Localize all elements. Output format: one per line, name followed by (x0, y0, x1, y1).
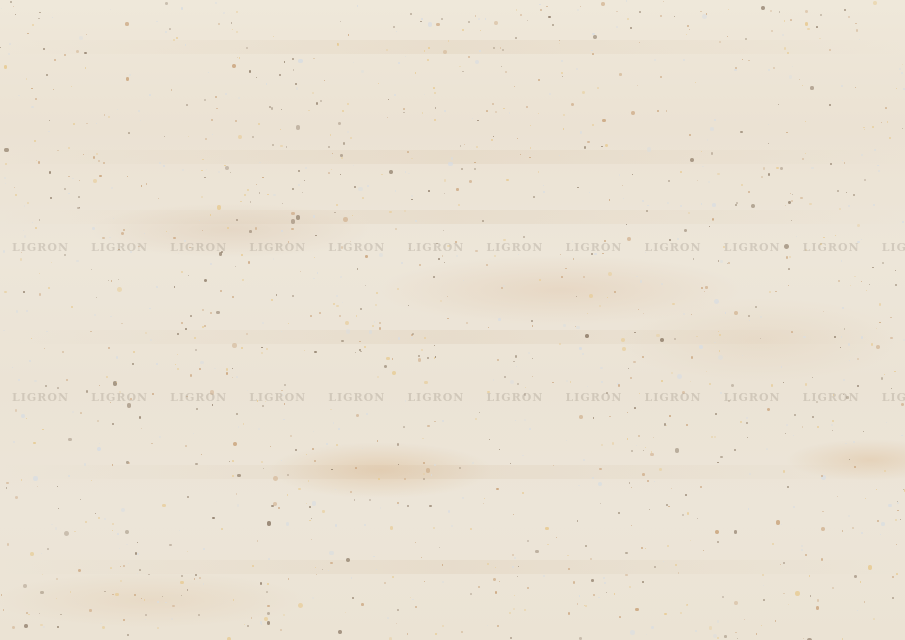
speck (169, 28, 171, 30)
speck (580, 6, 581, 7)
speck (195, 574, 197, 576)
speck (127, 176, 128, 177)
speck (672, 303, 675, 306)
speck (775, 620, 777, 622)
speck (892, 597, 894, 599)
speck (96, 153, 98, 155)
speck (878, 170, 880, 172)
speck (599, 468, 601, 470)
speck (768, 69, 770, 71)
speck (338, 630, 342, 634)
speck (840, 347, 841, 348)
speck (43, 48, 45, 50)
speck (134, 594, 136, 596)
speck (260, 582, 262, 584)
speck (477, 120, 479, 122)
speck (783, 562, 785, 564)
speck (600, 503, 602, 505)
speck (298, 184, 300, 186)
speck (173, 237, 175, 239)
speck (788, 285, 789, 286)
speck (516, 366, 517, 367)
watermark-text: LIGRON (565, 391, 622, 404)
speck (100, 623, 101, 624)
speck (157, 601, 159, 603)
speck (68, 438, 71, 441)
speck (861, 336, 863, 338)
speck (837, 496, 838, 497)
speck (1, 8, 2, 9)
speck (712, 203, 716, 207)
speck (238, 135, 242, 139)
speck (479, 50, 481, 52)
speck (636, 445, 637, 446)
speck (805, 383, 807, 385)
speck (622, 185, 623, 186)
speck (722, 596, 724, 598)
speck (663, 1, 664, 2)
speck (714, 342, 716, 344)
speck (316, 102, 318, 104)
speck (319, 312, 321, 314)
speck (533, 196, 535, 198)
speck (577, 187, 579, 189)
speck (876, 489, 877, 490)
speck (262, 322, 264, 324)
speck (287, 474, 289, 476)
speck (23, 584, 27, 588)
speck (894, 371, 896, 373)
speck (340, 21, 342, 23)
speck (230, 172, 231, 173)
speck (901, 435, 903, 437)
speck (173, 39, 175, 41)
speck (598, 482, 602, 486)
speck (296, 215, 301, 220)
speck (872, 126, 874, 128)
speck (492, 103, 494, 105)
speck (582, 91, 586, 95)
speck (451, 525, 453, 527)
speck (291, 228, 293, 230)
speck (674, 16, 675, 17)
speck (225, 166, 229, 170)
speck (696, 336, 698, 338)
speck (831, 424, 833, 426)
speck (236, 219, 238, 221)
speck (468, 21, 470, 23)
speck (127, 403, 132, 408)
speck (886, 422, 887, 423)
speck (380, 507, 381, 508)
speck (403, 108, 405, 110)
watermark-text: LIGRON (12, 391, 69, 404)
speck (427, 425, 429, 427)
speck (526, 106, 528, 108)
speck (379, 253, 383, 257)
speck (38, 161, 40, 163)
speck (329, 551, 334, 556)
speck (13, 6, 14, 7)
speck (701, 203, 703, 205)
speck (421, 557, 422, 558)
speck (424, 94, 426, 96)
speck (583, 276, 585, 278)
speck (607, 297, 608, 298)
speck (149, 308, 151, 310)
speck (283, 419, 284, 420)
speck (322, 510, 324, 512)
speck (746, 417, 748, 419)
speck (328, 172, 330, 174)
speck (304, 180, 306, 182)
speck (857, 385, 859, 387)
speck (668, 180, 670, 182)
speck (899, 68, 901, 70)
speck (444, 179, 447, 182)
speck (619, 73, 622, 76)
speck (599, 305, 601, 307)
speck (121, 323, 122, 324)
speck (553, 465, 554, 466)
speck (690, 381, 691, 382)
speck (205, 138, 207, 140)
speck (464, 144, 465, 145)
speck (128, 132, 130, 134)
speck (273, 258, 275, 260)
speck (177, 368, 179, 370)
speck (298, 59, 303, 64)
speck (187, 551, 188, 552)
speck (628, 368, 629, 369)
speck (199, 577, 201, 579)
speck (410, 597, 411, 598)
speck (579, 595, 581, 597)
speck (281, 230, 283, 232)
speck (693, 258, 695, 260)
speck (415, 606, 417, 608)
speck (104, 114, 106, 116)
speck (499, 581, 500, 582)
speck (684, 229, 687, 232)
speck (429, 505, 431, 507)
speck (336, 295, 338, 297)
speck (443, 50, 447, 54)
speck (330, 562, 332, 564)
speck (877, 520, 879, 522)
speck (755, 306, 757, 308)
speck (462, 29, 464, 31)
speck (247, 625, 249, 627)
speck (333, 422, 334, 423)
speck (21, 414, 25, 418)
speck (313, 215, 315, 217)
speck (187, 589, 189, 591)
speck (805, 554, 807, 556)
speck (12, 626, 15, 629)
speck (773, 67, 775, 69)
speck (369, 330, 373, 334)
speck (346, 329, 351, 334)
speck (654, 59, 656, 61)
speck (215, 2, 217, 4)
speck (509, 612, 511, 614)
speck (600, 367, 602, 369)
speck (302, 192, 304, 194)
speck (232, 29, 233, 30)
speck (251, 617, 253, 619)
speck (159, 162, 161, 164)
speck (96, 297, 97, 298)
speck (365, 255, 368, 258)
speck (646, 210, 648, 212)
speck (340, 174, 341, 175)
speck (776, 167, 778, 169)
speck (748, 508, 750, 510)
speck (761, 6, 765, 10)
speck (545, 527, 548, 530)
speck (748, 191, 751, 194)
watermark-text: LIGRON (328, 391, 385, 404)
speck (336, 444, 338, 446)
speck (120, 580, 122, 582)
speck (483, 503, 484, 504)
speck (201, 170, 202, 171)
speck (585, 545, 587, 547)
speck (631, 111, 635, 115)
speck (711, 152, 713, 154)
speck (242, 279, 244, 281)
speck (141, 598, 143, 600)
speck (619, 174, 621, 176)
speck (431, 474, 433, 476)
speck (861, 532, 863, 534)
speck (395, 190, 397, 192)
speck (227, 227, 229, 229)
speck (332, 153, 334, 155)
speck (532, 325, 534, 327)
speck (623, 198, 624, 199)
speck (314, 460, 316, 462)
speck (549, 302, 550, 303)
speck (91, 269, 93, 271)
speck (689, 29, 691, 31)
speck (267, 612, 271, 616)
speck (372, 325, 374, 327)
speck (680, 171, 682, 173)
speck (451, 157, 453, 159)
speck (112, 523, 114, 525)
speck (267, 621, 271, 625)
speck (792, 194, 793, 195)
speck (749, 473, 751, 475)
speck (647, 147, 652, 152)
speck (700, 11, 702, 13)
speck (458, 204, 460, 206)
speck (98, 160, 100, 162)
speck (434, 421, 436, 423)
speck (728, 262, 730, 264)
speck (587, 141, 589, 143)
speck (347, 131, 349, 133)
speck (518, 254, 519, 255)
speck (34, 380, 36, 382)
speck (854, 575, 857, 578)
speck (742, 355, 744, 357)
speck (401, 262, 403, 264)
speck (577, 9, 579, 11)
speck (849, 360, 850, 361)
speck (343, 217, 348, 222)
speck (3, 609, 5, 611)
speck (181, 322, 183, 324)
speck (821, 527, 825, 531)
speck (313, 431, 314, 432)
speck (44, 348, 45, 349)
speck (791, 200, 793, 202)
speck (110, 9, 111, 10)
speck (706, 371, 707, 372)
speck (637, 85, 638, 86)
speck (144, 599, 146, 601)
speck (531, 320, 533, 322)
speck (137, 573, 139, 575)
speck (715, 413, 717, 415)
speck (748, 60, 749, 61)
speck (115, 593, 118, 596)
speck (42, 574, 43, 575)
speck (495, 591, 497, 593)
speck (832, 430, 833, 431)
speck (520, 14, 522, 16)
speck (246, 47, 248, 49)
speck (241, 254, 243, 256)
speck (258, 123, 260, 125)
speck (29, 360, 31, 362)
speck (636, 276, 638, 278)
speck (296, 87, 298, 89)
speck (98, 517, 100, 519)
speck (12, 367, 14, 369)
speck (185, 328, 187, 330)
speck (714, 119, 716, 121)
speck (268, 558, 270, 560)
speck (336, 305, 339, 308)
speck (864, 179, 866, 181)
speck (248, 261, 250, 263)
speck (190, 315, 192, 317)
watermark-text: LIGRON (486, 391, 543, 404)
speck (272, 144, 274, 146)
speck (839, 208, 841, 210)
speck (901, 72, 903, 74)
speck (763, 585, 764, 586)
speck (397, 609, 399, 611)
speck (292, 295, 294, 297)
speck (631, 487, 632, 488)
speck (110, 567, 112, 569)
speck (857, 610, 858, 611)
speck (389, 170, 393, 174)
speck (645, 447, 646, 448)
speck (267, 194, 268, 195)
speck (225, 93, 227, 95)
speck (85, 521, 87, 523)
speck (495, 567, 496, 568)
speck (579, 347, 583, 351)
speck (296, 125, 300, 129)
speck (548, 16, 551, 19)
speck (238, 426, 240, 428)
speck (442, 255, 444, 257)
speck (356, 315, 358, 317)
speck (499, 449, 500, 450)
speck (660, 338, 665, 343)
speck (601, 146, 603, 148)
speck (801, 545, 803, 547)
speck (68, 176, 70, 178)
speck (171, 89, 172, 90)
speck (891, 388, 892, 389)
speck (92, 227, 95, 230)
speck (741, 184, 743, 186)
speck (316, 574, 317, 575)
speck (8, 53, 10, 55)
speck (392, 371, 396, 375)
speck (210, 214, 212, 216)
speck (614, 291, 616, 293)
speck (748, 315, 750, 317)
speck (365, 285, 366, 286)
speck (622, 155, 623, 156)
speck (126, 77, 130, 81)
speck (23, 230, 24, 231)
watermark-text: LIGRON (91, 391, 148, 404)
speck (783, 382, 784, 383)
speck (348, 34, 350, 36)
speck (543, 575, 545, 577)
speck (45, 78, 46, 79)
speck (122, 404, 123, 405)
speck (895, 270, 896, 271)
speck (802, 85, 803, 86)
speck (592, 33, 594, 35)
speck (252, 136, 254, 138)
speck (280, 145, 282, 147)
speck (706, 13, 708, 15)
speck (281, 109, 283, 111)
speck (204, 99, 206, 101)
speck (675, 448, 679, 452)
speck (158, 198, 159, 199)
speck (79, 180, 80, 181)
speck (812, 416, 814, 418)
speck (256, 184, 257, 185)
speck (212, 517, 214, 519)
speck (882, 262, 884, 264)
speck (355, 467, 357, 469)
speck (876, 345, 880, 349)
speck (635, 608, 639, 612)
speck (57, 150, 58, 151)
speck (47, 548, 49, 550)
speck (854, 276, 856, 278)
speck (848, 16, 850, 18)
speck (653, 437, 654, 438)
speck (787, 486, 790, 489)
speck (809, 203, 811, 205)
speck (601, 444, 603, 446)
